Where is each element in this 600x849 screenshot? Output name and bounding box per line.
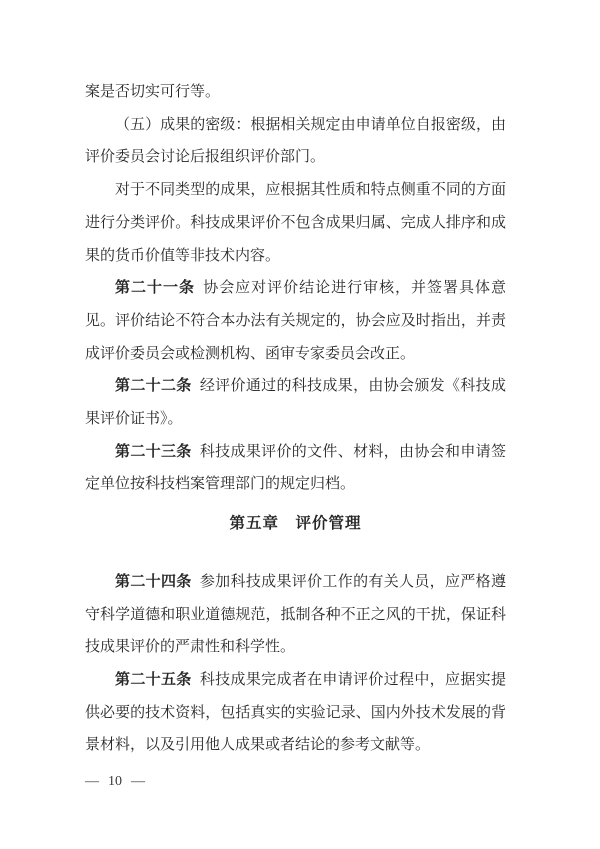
footer-dash-right: —: [131, 774, 145, 790]
paragraph-article-21: 第二十一条协会应对评价结论进行审核，并签署具体意见。评价结论不符合本办法有关规定…: [85, 272, 506, 370]
article-24-number: 第二十四条: [115, 574, 192, 590]
document-page: 案是否切实可行等。 （五）成果的密级：根据相关规定由申请单位自报密级，由评价委员…: [0, 0, 600, 849]
page-footer: — 10 —: [85, 774, 145, 790]
article-25-number: 第二十五条: [115, 672, 192, 688]
page-number: 10: [108, 774, 122, 790]
paragraph-article-23: 第二十三条科技成果评价的文件、材料，由协会和申请签定单位按科技档案管理部门的规定…: [85, 436, 506, 501]
paragraph-continuation: 案是否切实可行等。: [85, 76, 506, 109]
paragraph-article-24: 第二十四条参加科技成果评价工作的有关人员，应严格遵守科学道德和职业道德规范，抵制…: [85, 566, 506, 664]
footer-dash-left: —: [85, 774, 99, 790]
article-23-number: 第二十三条: [115, 444, 192, 460]
chapter-5-heading: 第五章 评价管理: [85, 508, 506, 541]
paragraph-item-5-secrecy: （五）成果的密级：根据相关规定由申请单位自报密级，由评价委员会讨论后报组织评价部…: [85, 109, 506, 174]
article-21-number: 第二十一条: [115, 280, 195, 296]
paragraph-article-22: 第二十二条经评价通过的科技成果，由协会颁发《科技成果评价证书》。: [85, 370, 506, 435]
paragraph-article-25: 第二十五条科技成果完成者在申请评价过程中，应据实提供必要的技术资料，包括真实的实…: [85, 664, 506, 762]
article-22-number: 第二十二条: [115, 378, 192, 394]
paragraph-classified-evaluation: 对于不同类型的成果，应根据其性质和特点侧重不同的方面进行分类评价。科技成果评价不…: [85, 174, 506, 272]
document-body: 案是否切实可行等。 （五）成果的密级：根据相关规定由申请单位自报密级，由评价委员…: [85, 76, 506, 762]
